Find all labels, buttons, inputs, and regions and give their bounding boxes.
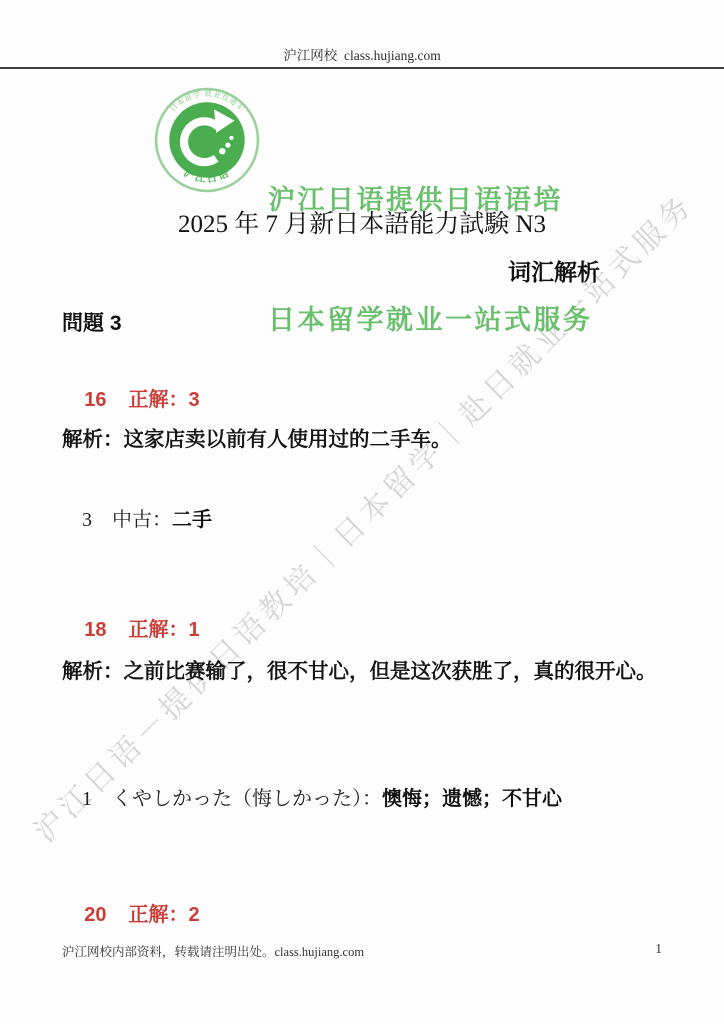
option-line-16: 3 中古：二手 bbox=[62, 480, 662, 555]
option-prefix: 3 中古： bbox=[82, 509, 172, 531]
option-line-18: 1 くやしかった（悔しかった）：懊悔；遗憾；不甘心 bbox=[62, 759, 662, 834]
option-meaning: 二手 bbox=[172, 509, 212, 531]
document-page: 沪江日语－提供日语教培｜日本留学｜赴日就业一站式服务 沪江网校 class.hu… bbox=[0, 0, 724, 1024]
brand-logo: 日本留学·就业直通车 沪江日语 bbox=[153, 86, 261, 194]
question-number: 16 bbox=[84, 389, 106, 411]
correct-answer-label: 正解：3 bbox=[128, 389, 199, 411]
problem-heading: 問題 3 bbox=[62, 307, 122, 337]
analysis-line-16: 解析：这家店卖以前有人使用过的二手车。 bbox=[62, 422, 658, 452]
section-label: 词汇解析 bbox=[0, 254, 724, 287]
analysis-line-18: 解析：之前比赛输了，很不甘心，但是这次获胜了，真的很开心。 bbox=[62, 641, 658, 702]
page-number: 1 bbox=[655, 941, 662, 957]
header-site-text: 沪江网校 class.hujiang.com bbox=[0, 44, 724, 64]
document-title: 2025 年 7 月新日本語能力試験 N3 bbox=[0, 204, 724, 240]
correct-answer-label: 正解：2 bbox=[128, 904, 199, 926]
question-number: 18 bbox=[84, 619, 106, 641]
header-divider bbox=[0, 67, 724, 69]
brand-slogan-line2: 日本留学就业一站式服务 bbox=[268, 300, 593, 340]
answer-line-20: 20正解：2 bbox=[62, 875, 200, 950]
option-meaning: 懊悔；遗憾；不甘心 bbox=[382, 788, 562, 810]
correct-answer-label: 正解：1 bbox=[128, 619, 199, 641]
question-number: 20 bbox=[84, 904, 106, 926]
footer-note: 沪江网校内部资料，转载请注明出处。class.hujiang.com bbox=[62, 942, 364, 960]
option-prefix: 1 くやしかった（悔しかった）： bbox=[82, 788, 382, 810]
hujiang-logo-icon: 日本留学·就业直通车 沪江日语 bbox=[153, 86, 261, 194]
